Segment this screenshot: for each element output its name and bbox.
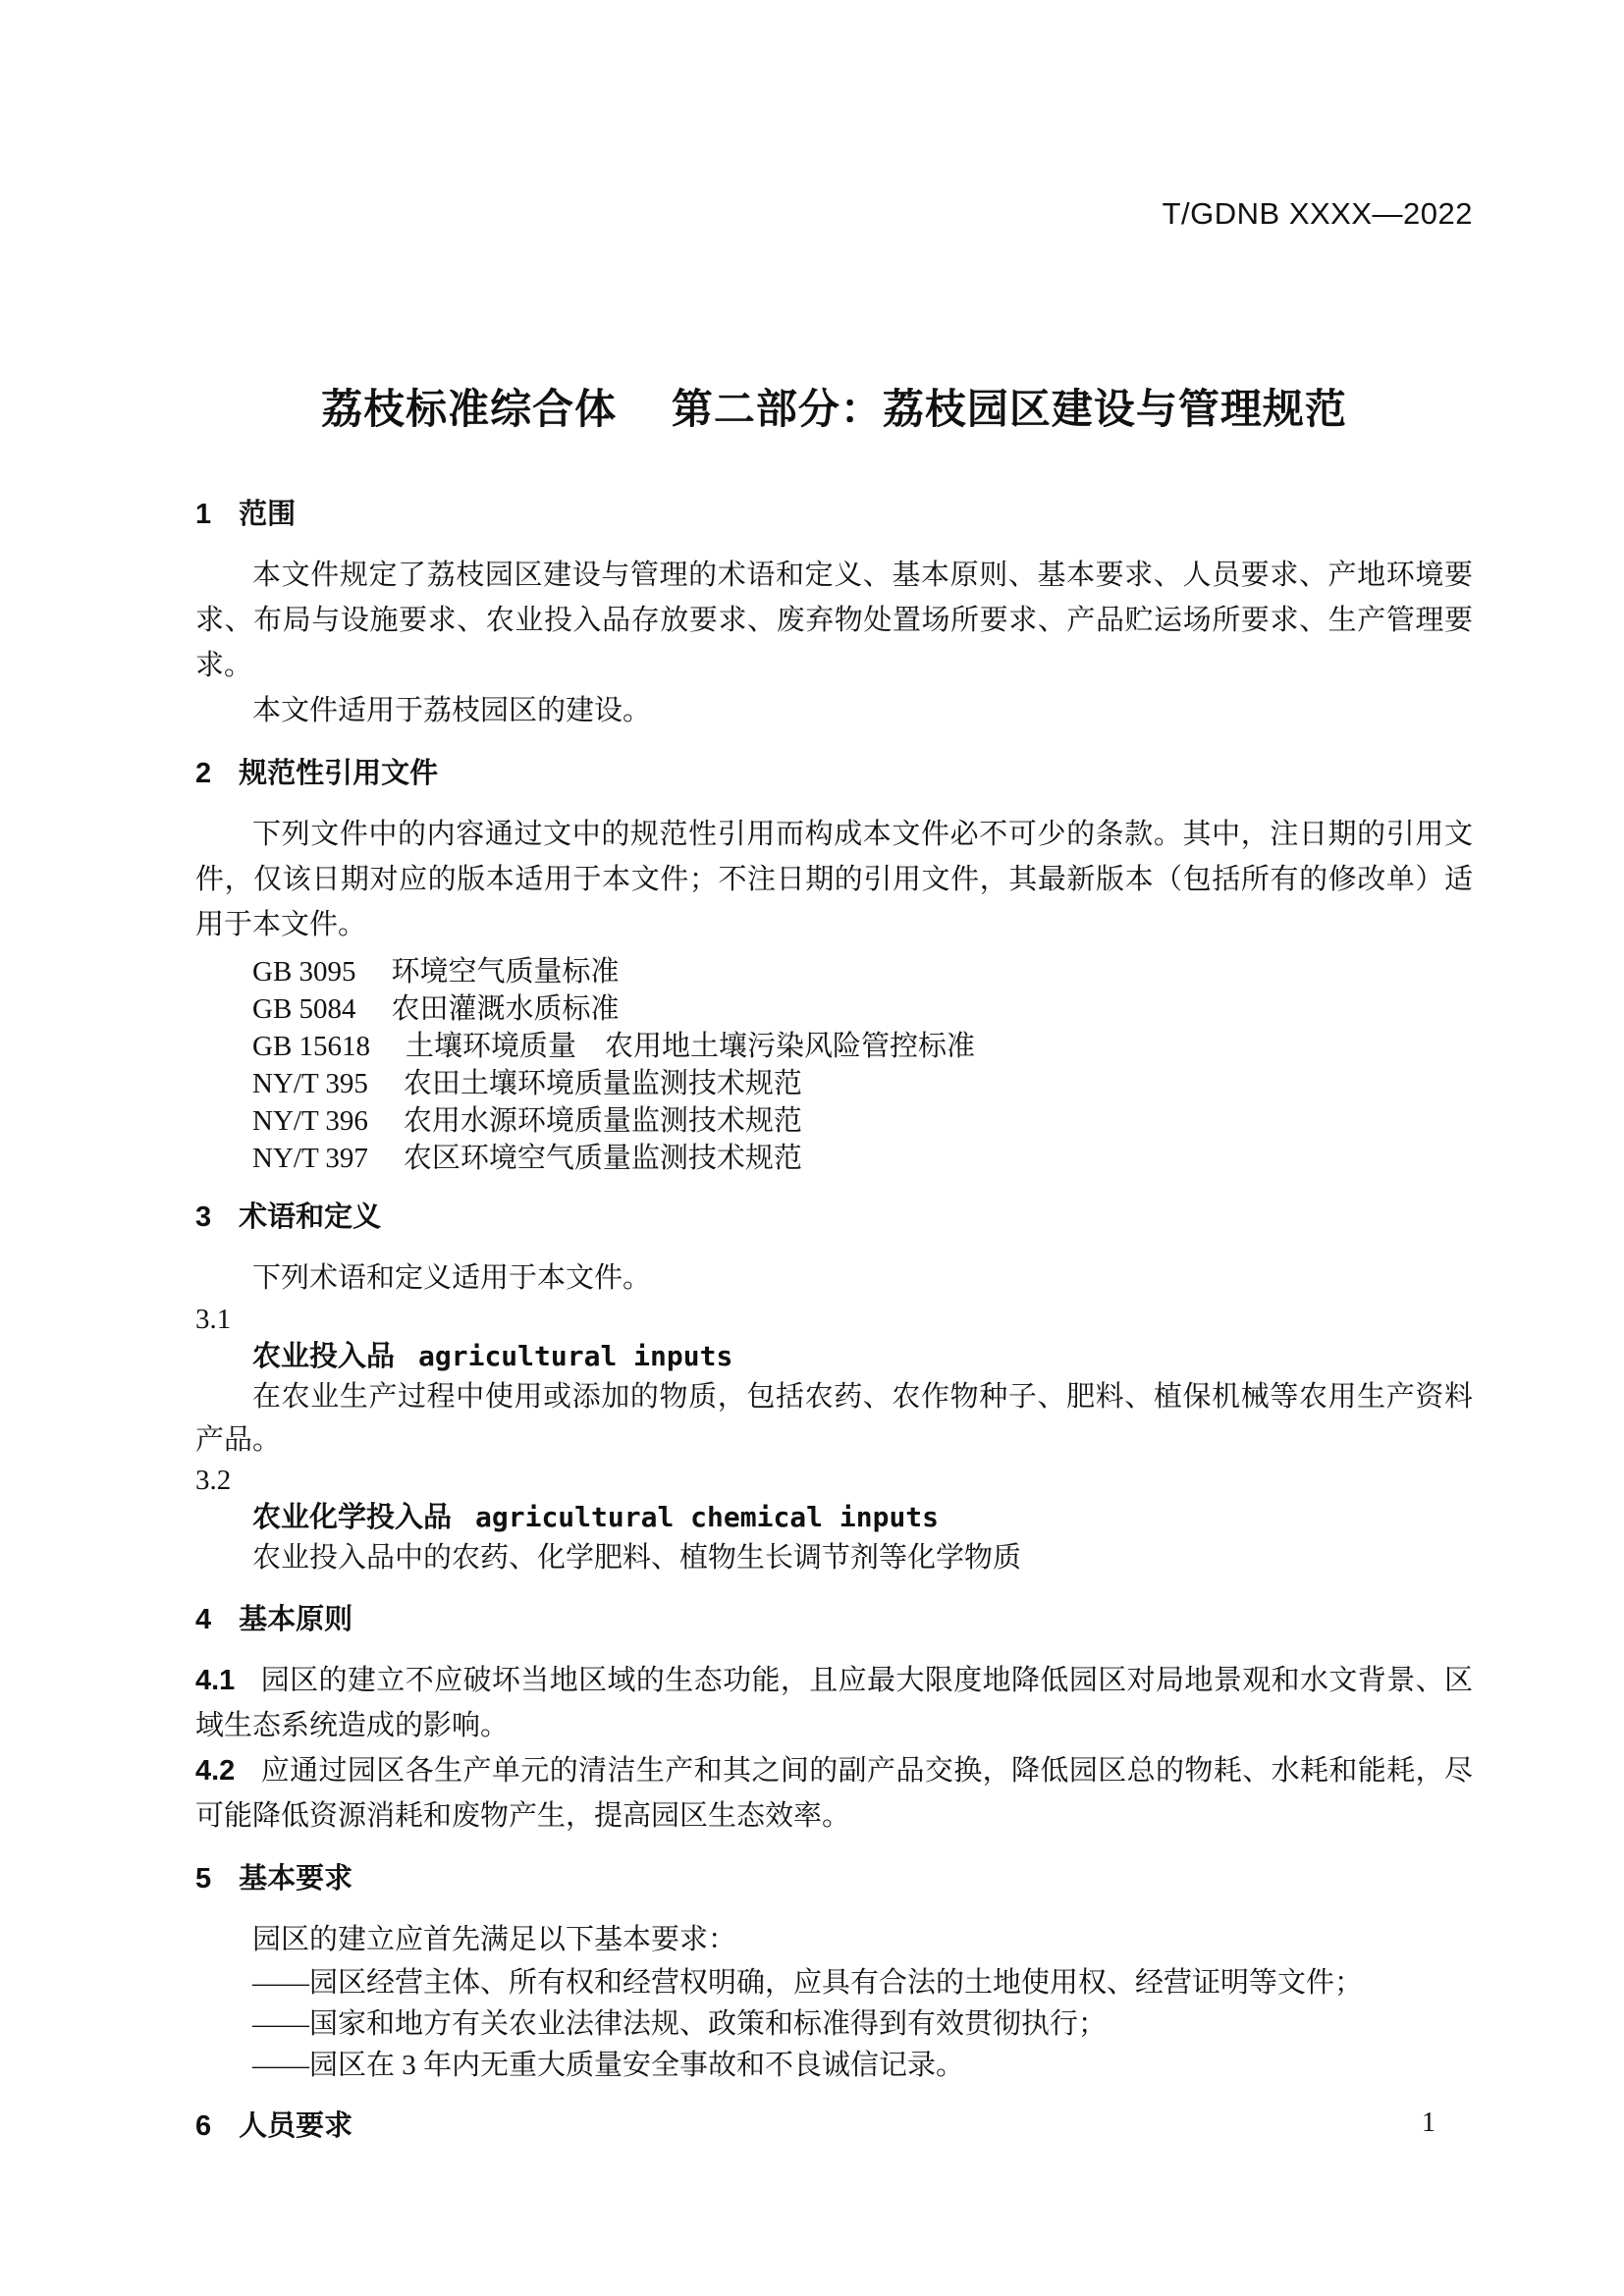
section-3-title: 术语和定义 (239, 1201, 381, 1233)
reference-item: GB 3095环境空气质量标准 (195, 953, 1473, 990)
reference-code: GB 15618 (252, 1028, 370, 1065)
term-2-definition: 农业投入品中的农药、化学肥料、植物生长调节剂等化学物质 (195, 1536, 1473, 1579)
reference-item: GB 5084农田灌溉水质标准 (195, 990, 1473, 1028)
reference-code: GB 3095 (252, 953, 356, 990)
section-5-dash-item: ——国家和地方有关农业法律法规、政策和标准得到有效贯彻执行； (195, 2003, 1473, 2045)
reference-title: 农田灌溉水质标准 (392, 993, 620, 1025)
section-1-title: 范围 (239, 499, 296, 530)
clause-4-2-text: 应通过园区各生产单元的清洁生产和其之间的副产品交换，降低园区总的物耗、水耗和能耗… (195, 1755, 1473, 1832)
clause-4-1-text: 园区的建立不应破坏当地区域的生态功能，且应最大限度地降低园区对局地景观和水文背景… (195, 1665, 1473, 1741)
section-6-heading: 6人员要求 (195, 2111, 1473, 2141)
section-3-intro-paragraph: 下列术语和定义适用于本文件。 (195, 1255, 1473, 1301)
document-title: 荔枝标准综合体 第二部分：荔枝园区建设与管理规范 (195, 386, 1473, 433)
reference-item: NY/T 395农田土壤环境质量监测技术规范 (195, 1065, 1473, 1102)
term-1-number: 3.1 (195, 1301, 1473, 1338)
section-5-number: 5 (195, 1864, 211, 1894)
term-2-number: 3.2 (195, 1462, 1473, 1499)
section-1-number: 1 (195, 500, 211, 529)
reference-title: 农区环境空气质量监测技术规范 (404, 1143, 802, 1174)
reference-title: 土壤环境质量 农用地土壤污染风险管控标准 (406, 1031, 975, 1062)
section-1-paragraph-applicability: 本文件适用于荔枝园区的建设。 (195, 688, 1473, 733)
reference-item: NY/T 397农区环境空气质量监测技术规范 (195, 1140, 1473, 1177)
section-5-heading: 5基本要求 (195, 1864, 1473, 1894)
document-page: T/GDNB XXXX—2022 荔枝标准综合体 第二部分：荔枝园区建设与管理规… (0, 0, 1624, 2296)
reference-title: 农田土壤环境质量监测技术规范 (404, 1068, 802, 1099)
page-number: 1 (1422, 2109, 1435, 2138)
section-2-number: 2 (195, 759, 211, 788)
reference-title: 环境空气质量标准 (392, 956, 620, 988)
reference-title: 农用水源环境质量监测技术规范 (404, 1105, 802, 1137)
section-1-heading: 1范围 (195, 500, 1473, 529)
section-3-number: 3 (195, 1202, 211, 1232)
reference-item: GB 15618土壤环境质量 农用地土壤污染风险管控标准 (195, 1028, 1473, 1065)
reference-item: NY/T 396农用水源环境质量监测技术规范 (195, 1102, 1473, 1140)
section-5-title: 基本要求 (239, 1863, 352, 1895)
section-2-intro-paragraph: 下列文件中的内容通过文中的规范性引用而构成本文件必不可少的条款。其中，注日期的引… (195, 812, 1473, 947)
section-1-paragraph-scope: 本文件规定了荔枝园区建设与管理的术语和定义、基本原则、基本要求、人员要求、产地环… (195, 553, 1473, 688)
section-4-number: 4 (195, 1605, 211, 1634)
term-1-line: 农业投入品agricultural inputs (195, 1338, 1473, 1375)
term-1-definition: 在农业生产过程中使用或添加的物质，包括农药、农作物种子、肥料、植保机械等农用生产… (195, 1375, 1473, 1462)
reference-code: GB 5084 (252, 990, 356, 1028)
reference-code: NY/T 395 (252, 1065, 368, 1102)
clause-4-2: 4.2应通过园区各生产单元的清洁生产和其之间的副产品交换，降低园区总的物耗、水耗… (195, 1748, 1473, 1839)
section-6-number: 6 (195, 2111, 211, 2141)
reference-code: NY/T 397 (252, 1140, 368, 1177)
term-2-name-zh: 农业化学投入品 (252, 1502, 452, 1533)
section-2-title: 规范性引用文件 (239, 758, 438, 789)
term-1-name-zh: 农业投入品 (252, 1341, 395, 1372)
term-2-line: 农业化学投入品agricultural chemical inputs (195, 1499, 1473, 1536)
normative-references-list: GB 3095环境空气质量标准 GB 5084农田灌溉水质标准 GB 15618… (195, 953, 1473, 1177)
section-3-heading: 3术语和定义 (195, 1202, 1473, 1232)
section-6-title: 人员要求 (239, 2110, 352, 2142)
term-2-name-en: agricultural chemical inputs (475, 1501, 939, 1533)
term-1-name-en: agricultural inputs (418, 1340, 732, 1372)
section-2-heading: 2规范性引用文件 (195, 759, 1473, 788)
standard-code: T/GDNB XXXX—2022 (195, 199, 1473, 229)
section-5-dash-item: ——园区在 3 年内无重大质量安全事故和不良诚信记录。 (195, 2045, 1473, 2086)
section-4-title: 基本原则 (239, 1604, 352, 1635)
section-4-heading: 4基本原则 (195, 1605, 1473, 1634)
clause-4-1-number: 4.1 (195, 1665, 235, 1696)
reference-code: NY/T 396 (252, 1102, 368, 1140)
clause-4-1: 4.1园区的建立不应破坏当地区域的生态功能，且应最大限度地降低园区对局地景观和水… (195, 1658, 1473, 1748)
clause-4-2-number: 4.2 (195, 1755, 235, 1787)
section-5-intro-paragraph: 园区的建立应首先满足以下基本要求： (195, 1917, 1473, 1962)
section-5-dash-item: ——园区经营主体、所有权和经营权明确，应具有合法的土地使用权、经营证明等文件； (195, 1962, 1473, 2003)
